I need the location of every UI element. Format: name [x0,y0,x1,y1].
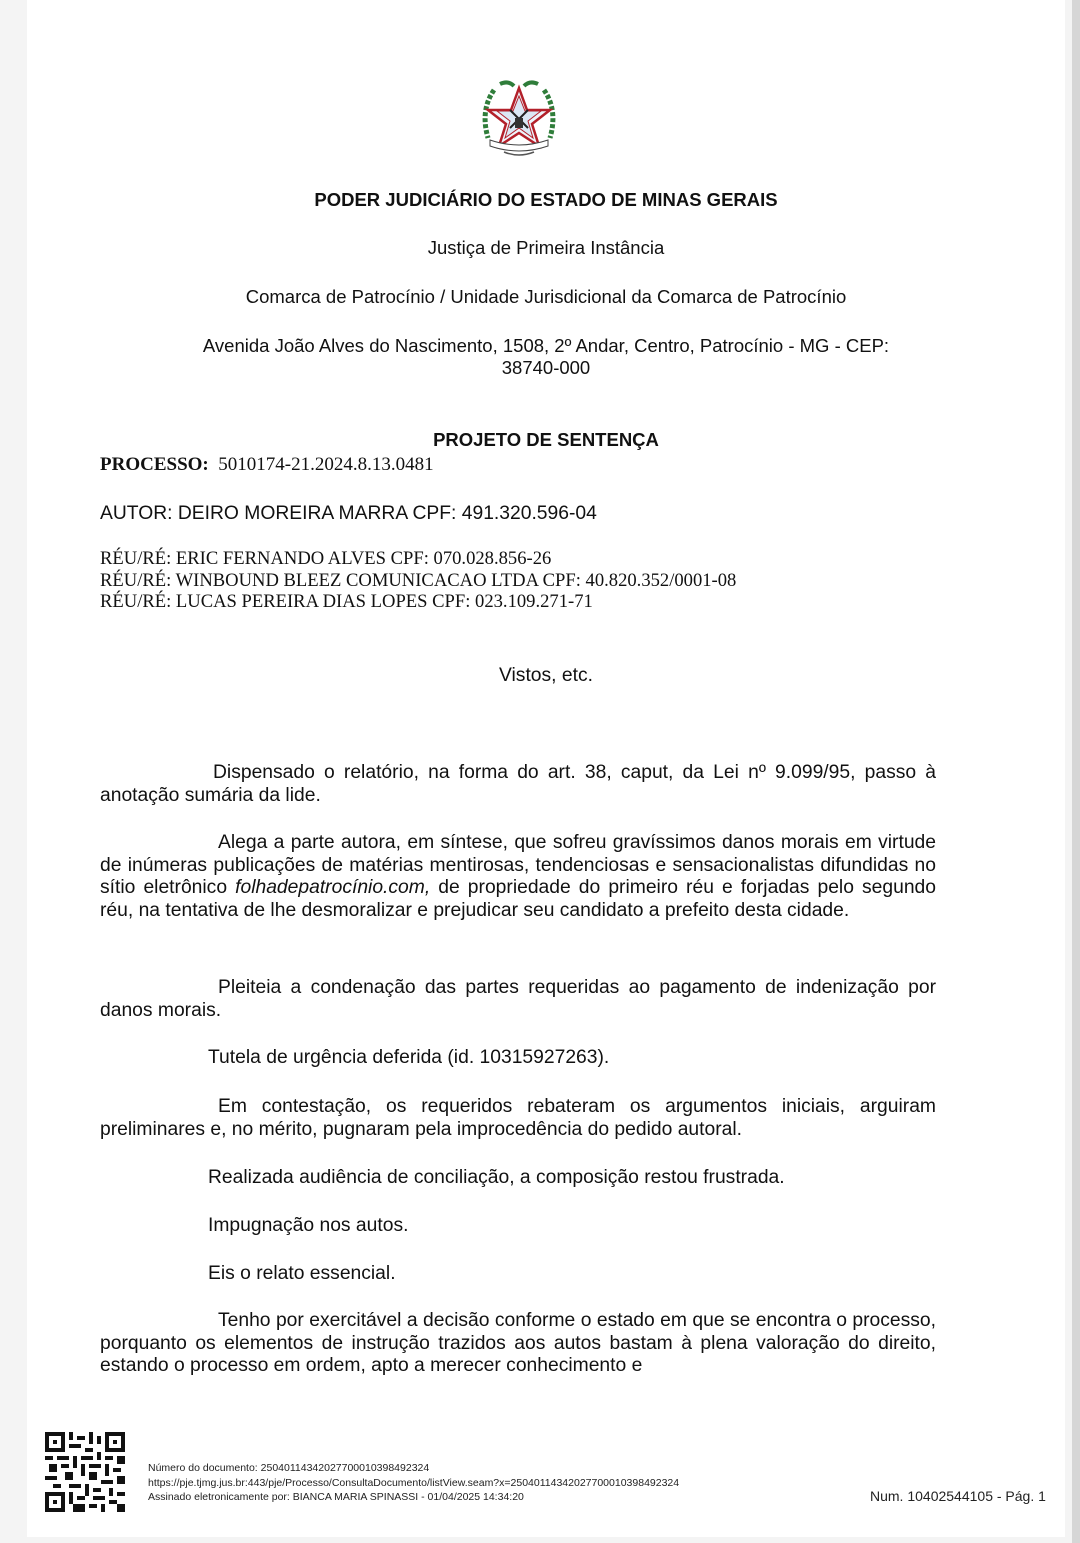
signed-by: Assinado eletronicamente por: BIANCA MAR… [148,1490,679,1505]
paragraph-9: Tenho por exercitável a decisão conforme… [100,1310,936,1378]
address-line-2: 38740-000 [27,357,1065,379]
defendants-list: RÉU/RÉ: ERIC FERNANDO ALVES CPF: 070.028… [100,548,736,613]
paragraph-6: Realizada audiência de conciliação, a co… [208,1167,785,1189]
document-title: PROJETO DE SENTENÇA [27,429,1065,451]
process-label: PROCESSO: [100,454,209,475]
coat-of-arms-icon [474,80,564,160]
process-line: PROCESSO: 5010174-21.2024.8.13.0481 [100,454,434,476]
vertical-scrollbar[interactable] [1072,0,1080,1543]
author-line: AUTOR: DEIRO MOREIRA MARRA CPF: 491.320.… [100,503,597,525]
paragraph-2: Alega a parte autora, em síntese, que so… [100,832,936,922]
paragraph-3: Pleiteia a condenação das partes requeri… [100,977,936,1022]
paragraph-1: Dispensado o relatório, na forma do art.… [100,762,936,807]
court-name: PODER JUDICIÁRIO DO ESTADO DE MINAS GERA… [27,189,1065,211]
signature-block: Número do documento: 2504011434202770001… [148,1461,679,1505]
instance-name: Justiça de Primeira Instância [27,237,1065,259]
document-page: PODER JUDICIÁRIO DO ESTADO DE MINAS GERA… [27,0,1065,1537]
qr-code-icon [45,1432,125,1512]
website-name: folhadepatrocínio.com, [235,877,430,898]
paragraph-8: Eis o relato essencial. [208,1263,396,1285]
paragraph-5: Em contestação, os requeridos rebateram … [100,1096,936,1141]
page-reference: Num. 10402544105 - Pág. 1 [870,1488,1046,1504]
address-line-1: Avenida João Alves do Nascimento, 1508, … [27,335,1065,357]
district-name: Comarca de Patrocínio / Unidade Jurisdic… [27,286,1065,308]
paragraph-4: Tutela de urgência deferida (id. 1031592… [208,1047,609,1069]
document-number: Número do documento: 2504011434202770001… [148,1461,679,1476]
defendant-item: RÉU/RÉ: ERIC FERNANDO ALVES CPF: 070.028… [100,548,736,570]
defendant-item: RÉU/RÉ: LUCAS PEREIRA DIAS LOPES CPF: 02… [100,591,736,613]
vistos-text: Vistos, etc. [27,665,1065,687]
defendant-item: RÉU/RÉ: WINBOUND BLEEZ COMUNICACAO LTDA … [100,570,736,592]
process-number: 5010174-21.2024.8.13.0481 [218,454,433,475]
paragraph-7: Impugnação nos autos. [208,1215,408,1237]
document-url[interactable]: https://pje.tjmg.jus.br:443/pje/Processo… [148,1476,679,1491]
